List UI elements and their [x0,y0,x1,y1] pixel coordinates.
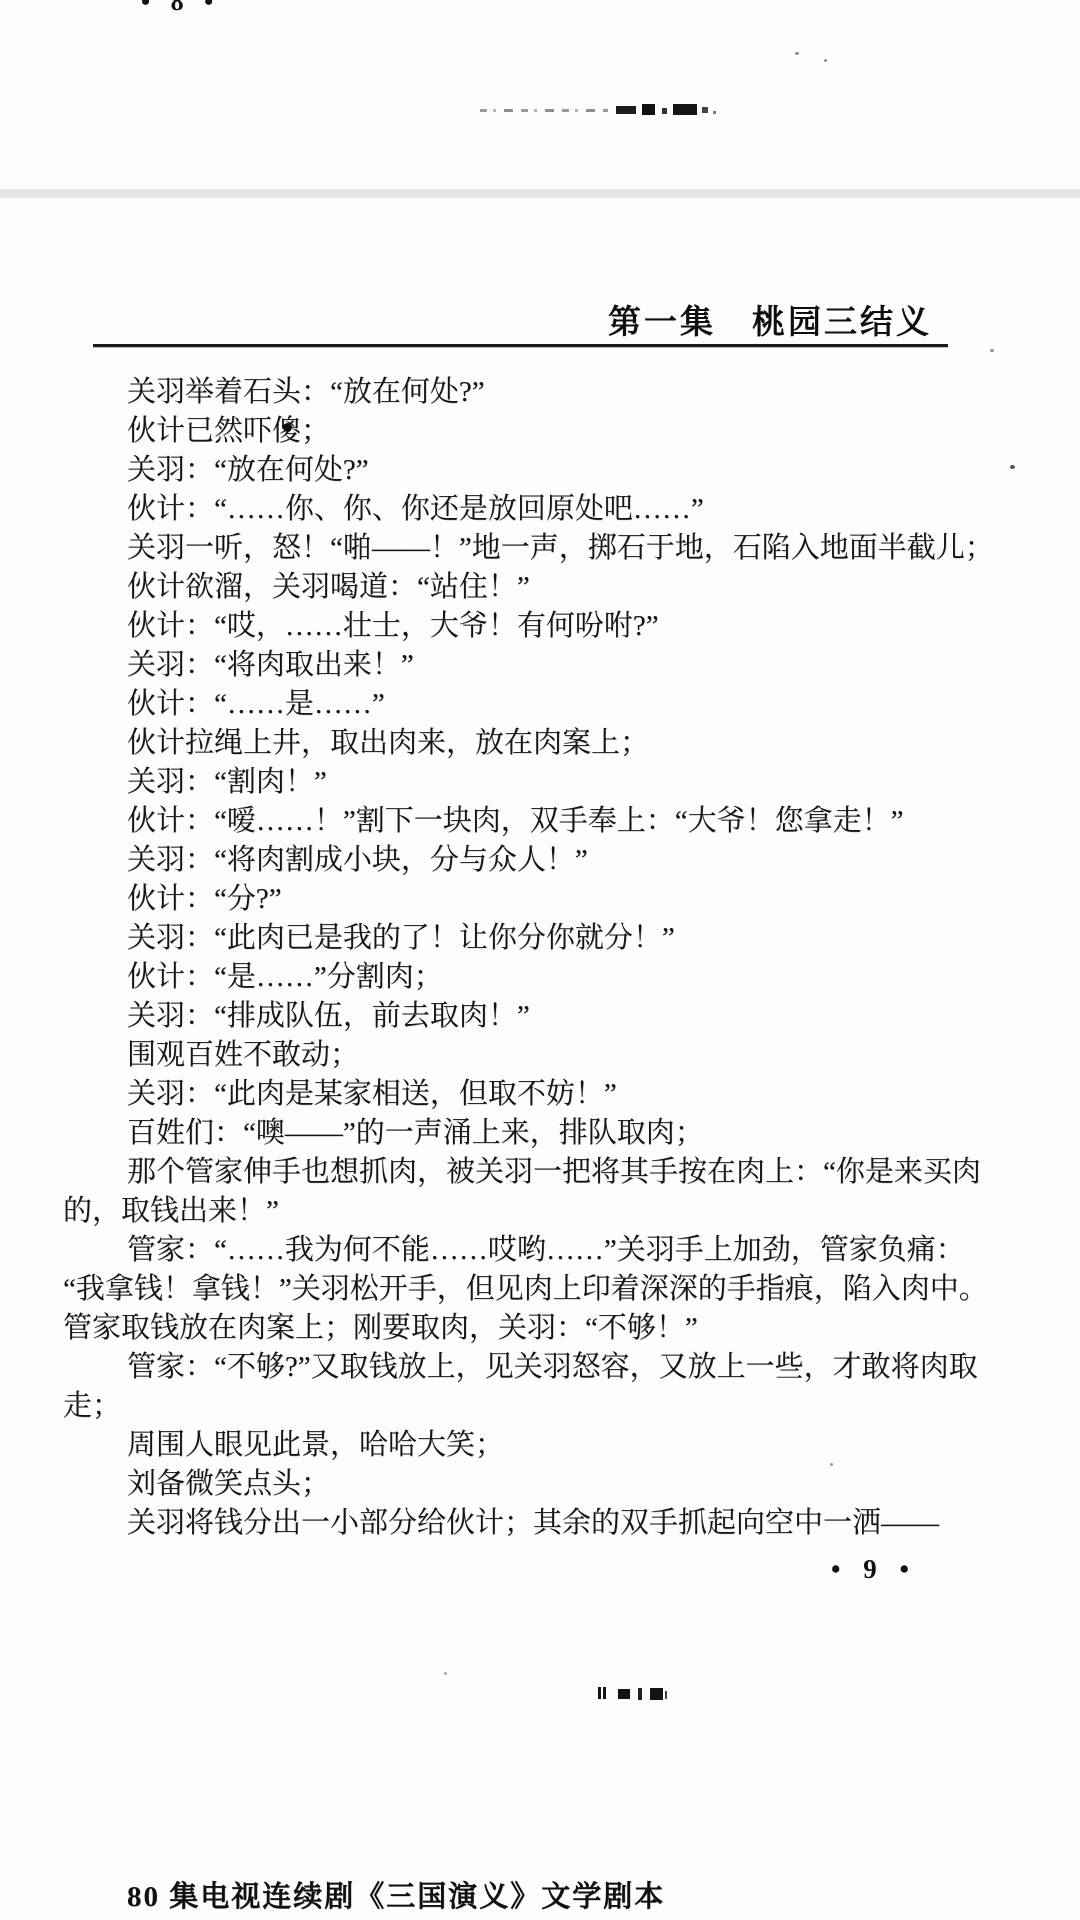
scan-smudge-block [598,1687,601,1699]
scan-smudge-block [638,1688,642,1700]
scan-speck [830,1463,833,1466]
script-line: 关羽举着石头：“放在何处?” [63,373,978,412]
script-line: 伙计：“嗳……！”割下一块肉，双手奉上：“大爷！您拿走！” [63,802,978,841]
script-line: 管家：“……我为何不能……哎哟……”关羽手上加劲，管家负痛： [63,1231,978,1270]
scan-smudge-block [665,1691,667,1699]
script-line: 伙计：“……你、你、你还是放回原处吧……” [63,490,978,529]
book-imprint-footer: 80 集电视连续剧《三国演义》文学剧本 [127,1874,665,1915]
scan-speck [1010,465,1015,469]
script-line: 关羽将钱分出一小部分给伙计；其余的双手抓起向空中一洒—— [63,1504,978,1543]
scan-smudge-block [603,1687,606,1699]
script-line: 刘备微笑点头； [63,1465,978,1504]
script-line: 伙计：“是……”分割肉； [63,958,978,997]
scan-smudge-top [480,102,725,118]
script-line: 的，取钱出来！” [63,1192,978,1231]
script-line: “我拿钱！拿钱！”关羽松开手，但见肉上印着深深的手指痕，陷入肉中。 [63,1270,978,1309]
script-line: 关羽：“割肉！” [63,763,978,802]
scan-smudge-block [616,106,636,114]
previous-page-number: • 8 • [141,0,220,17]
script-line: 围观百姓不敢动； [63,1036,978,1075]
script-line: 伙计：“分?” [63,880,978,919]
chapter-running-head: 第一集 桃园三结义 [608,296,932,343]
script-line: 管家：“不够?”又取钱放上，见关羽怒容，又放上一些，才敢将肉取 [63,1348,978,1387]
script-line: 关羽：“放在何处?” [63,451,978,490]
script-text-block: 关羽举着石头：“放在何处?”伙计已然吓傻；关羽：“放在何处?”伙计：“……你、你… [63,373,978,1543]
script-line: 伙计已然吓傻； [63,412,978,451]
script-line: 关羽：“排成队伍，前去取肉！” [63,997,978,1036]
script-line: 伙计拉绳上井，取出肉来，放在肉案上； [63,724,978,763]
script-line: 关羽：“将肉割成小块，分与众人！” [63,841,978,880]
script-line: 关羽一听，怒！“啪——！”地一声，掷石于地，石陷入地面半截儿； [63,529,978,568]
script-line: 百姓们：“噢——”的一声涌上来，排队取肉； [63,1114,978,1153]
scan-smudge-bottom [598,1685,668,1701]
script-line: 管家取钱放在肉案上；刚要取肉，关羽：“不够！” [63,1309,978,1348]
scan-smudge-block [650,1688,663,1700]
page-number: • 9 • [831,1554,917,1585]
scan-smudge-block [662,108,667,114]
script-line: 关羽：“此肉是某家相送，但取不妨！” [63,1075,978,1114]
scan-smudge-block [713,111,716,114]
scan-speck [990,349,994,352]
page-separator-band [0,189,1080,198]
script-line: 关羽：“此肉已是我的了！让你分你就分！” [63,919,978,958]
script-line: 走； [63,1387,978,1426]
scan-smudge-block [642,104,655,115]
scan-smudge-faint-dashes [480,109,608,112]
script-line: 关羽：“将肉取出来！” [63,646,978,685]
ink-dot-artifact [283,423,292,432]
scan-speck [795,52,799,55]
scan-speck [444,1672,447,1675]
script-line: 周围人眼见此景，哈哈大笑； [63,1426,978,1465]
script-line: 伙计欲溜，关羽喝道：“站住！” [63,568,978,607]
script-line: 那个管家伸手也想抓肉，被关羽一把将其手按在肉上：“你是来买肉 [63,1153,978,1192]
script-line: 伙计：“……是……” [63,685,978,724]
script-line: 伙计：“哎，……壮士，大爷！有何吩咐?” [63,607,978,646]
scan-smudge-block [673,104,697,115]
header-rule [93,344,948,347]
scan-speck [824,59,827,62]
scan-smudge-block [618,1689,630,1699]
scan-smudge-block [702,107,708,113]
